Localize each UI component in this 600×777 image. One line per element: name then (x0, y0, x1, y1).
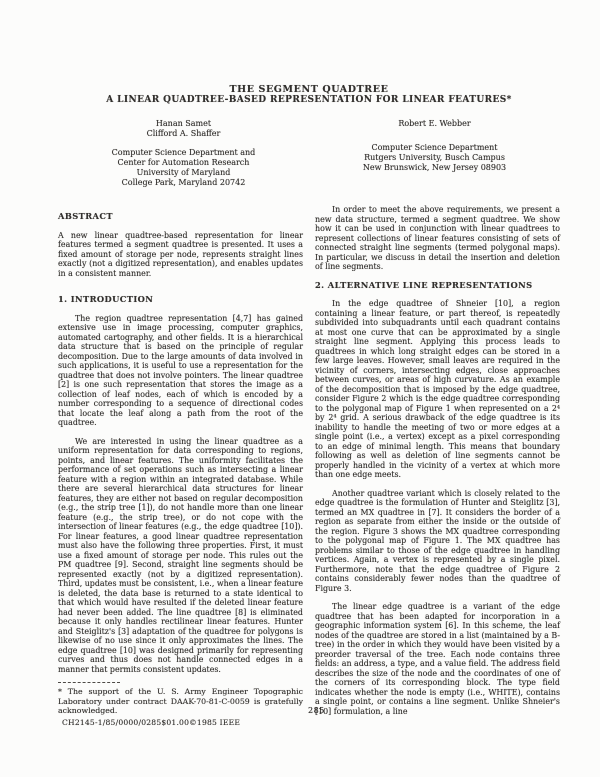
paper-title: THE SEGMENT QUADTREE (58, 84, 560, 95)
body-columns: ABSTRACT A new linear quadtree-based rep… (58, 205, 560, 716)
scanned-paper-page: THE SEGMENT QUADTREE A LINEAR QUADTREE-B… (0, 0, 600, 777)
author-affiliation: Computer Science Department and Center f… (58, 148, 309, 188)
right-column: In order to meet the above requirements,… (315, 205, 560, 716)
footnote-separator (58, 682, 120, 683)
author-names: Robert E. Webber (309, 119, 560, 129)
author-name: Clifford A. Shaffer (58, 129, 309, 139)
author-names: Hanan Samet Clifford A. Shaffer (58, 119, 309, 139)
paper-subtitle: A LINEAR QUADTREE-BASED REPRESENTATION F… (58, 95, 560, 106)
linear-edge-quadtree-paragraph: The linear edge quadtree is a variant of… (315, 602, 560, 716)
abstract-text: A new linear quadtree-based representati… (58, 231, 303, 279)
section-heading-introduction: 1. INTRODUCTION (58, 295, 303, 305)
author-affiliation: Computer Science Department Rutgers Univ… (309, 143, 560, 173)
affiliation-line: Center for Automation Research (58, 158, 309, 168)
author-name: Hanan Samet (58, 119, 309, 129)
abstract-heading: ABSTRACT (58, 212, 303, 222)
affiliation-line: Computer Science Department and (58, 148, 309, 158)
affiliation-line: New Brunswick, New Jersey 08903 (309, 163, 560, 173)
authors-row: Hanan Samet Clifford A. Shaffer Computer… (58, 119, 560, 188)
mx-quadtree-paragraph: Another quadtree variant which is closel… (315, 489, 560, 594)
requirements-paragraph: In order to meet the above requirements,… (315, 205, 560, 272)
left-column: ABSTRACT A new linear quadtree-based rep… (58, 205, 303, 716)
edge-quadtree-paragraph: In the edge quadtree of Shneier [10], a … (315, 299, 560, 480)
page-content: THE SEGMENT QUADTREE A LINEAR QUADTREE-B… (58, 84, 560, 716)
section-heading-alternative-line-representations: 2. ALTERNATIVE LINE REPRESENTATIONS (315, 281, 560, 291)
author-block-right: Robert E. Webber Computer Science Depart… (309, 119, 560, 188)
affiliation-line: College Park, Maryland 20742 (58, 178, 309, 188)
author-name: Robert E. Webber (309, 119, 560, 129)
affiliation-line: University of Maryland (58, 168, 309, 178)
copyright-line: CH2145-1/85/0000/0285$01.00©1985 IEEE (62, 718, 240, 727)
intro-paragraph-2: We are interested in using the linear qu… (58, 437, 303, 675)
page-number: 285 (308, 706, 325, 715)
author-block-left: Hanan Samet Clifford A. Shaffer Computer… (58, 119, 309, 188)
support-footnote: * The support of the U. S. Army Engineer… (58, 687, 303, 716)
affiliation-line: Computer Science Department (309, 143, 560, 153)
intro-paragraph-1: The region quadtree representation [4,7]… (58, 314, 303, 428)
affiliation-line: Rutgers University, Busch Campus (309, 153, 560, 163)
title-block: THE SEGMENT QUADTREE A LINEAR QUADTREE-B… (58, 84, 560, 106)
